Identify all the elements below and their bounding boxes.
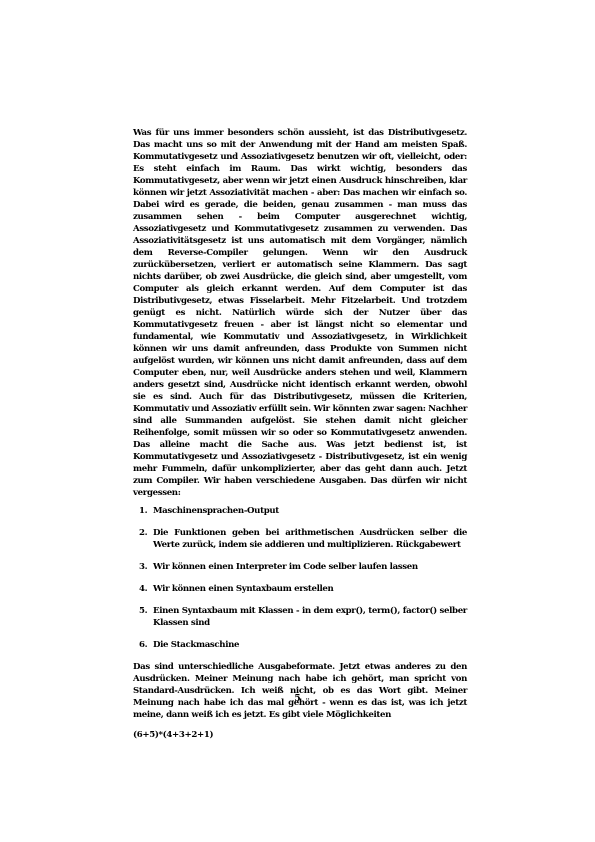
page-number: 5	[0, 694, 595, 704]
list-item-number: 4.	[139, 583, 147, 595]
list-item: 2. Die Funktionen geben bei arithmetisch…	[133, 527, 467, 551]
list-item-text: Wir können einen Interpreter im Code sel…	[153, 562, 418, 572]
list-item-text: Maschinensprachen-Output	[153, 506, 279, 516]
list-item-number: 3.	[139, 561, 147, 573]
list-item-text: Die Funktionen geben bei arithmetischen …	[153, 528, 467, 550]
list-item: 5. Einen Syntaxbaum mit Klassen - in dem…	[133, 605, 467, 629]
list-item-text: Die Stackmaschine	[153, 640, 239, 650]
list-item: 6. Die Stackmaschine	[133, 639, 467, 651]
body-paragraph-2: Das sind unterschiedliche Ausgabeformate…	[133, 661, 467, 721]
list-item-number: 2.	[139, 527, 147, 539]
list-item-number: 1.	[139, 505, 147, 517]
list-item: 3. Wir können einen Interpreter im Code …	[133, 561, 467, 573]
list-item-number: 5.	[139, 605, 147, 617]
list-item: 4. Wir können einen Syntaxbaum erstellen	[133, 583, 467, 595]
math-expression: (6+5)*(4+3+2+1)	[133, 729, 467, 741]
page-body: Was für uns immer besonders schön aussie…	[133, 127, 467, 741]
list-item-text: Einen Syntaxbaum mit Klassen - in dem ex…	[153, 606, 467, 628]
list-item: 1. Maschinensprachen-Output	[133, 505, 467, 517]
body-paragraph-1: Was für uns immer besonders schön aussie…	[133, 127, 467, 499]
output-formats-list: 1. Maschinensprachen-Output 2. Die Funkt…	[133, 505, 467, 651]
list-item-number: 6.	[139, 639, 147, 651]
list-item-text: Wir können einen Syntaxbaum erstellen	[153, 584, 333, 594]
